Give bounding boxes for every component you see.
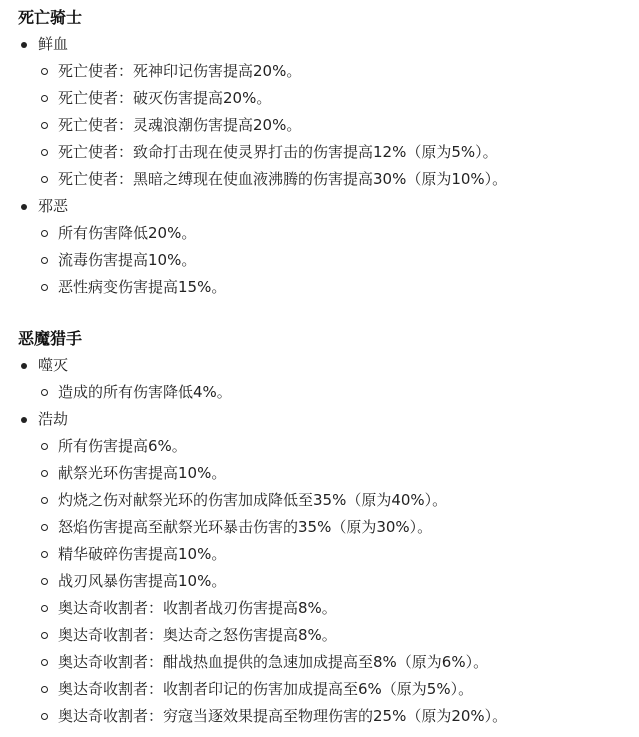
change-text: 战刃风暴伤害提高10%。 — [58, 572, 226, 590]
section-demon-hunter: 恶魔猎手 噬灭 造成的所有伤害降低4%。 浩劫 所有伤害提高6%。 献祭光环伤害… — [18, 325, 639, 730]
bullet-circle-icon — [41, 632, 48, 639]
bullet-circle-icon — [41, 524, 48, 531]
bullet-circle-icon — [41, 284, 48, 291]
bullet-circle-icon — [41, 122, 48, 129]
patch-notes-document: 死亡骑士 鲜血 死亡使者：死神印记伤害提高20%。 死亡使者：破灭伤害提高20%… — [0, 0, 639, 730]
spec-list: 噬灭 造成的所有伤害降低4%。 浩劫 所有伤害提高6%。 献祭光环伤害提高10%… — [18, 352, 639, 730]
change-item: 恶性病变伤害提高15%。 — [38, 274, 639, 301]
change-text: 死亡使者：破灭伤害提高20%。 — [58, 89, 271, 107]
change-item: 死亡使者：死神印记伤害提高20%。 — [38, 58, 639, 85]
spec-item-blood: 鲜血 死亡使者：死神印记伤害提高20%。 死亡使者：破灭伤害提高20%。 死亡使… — [18, 31, 639, 193]
change-list: 死亡使者：死神印记伤害提高20%。 死亡使者：破灭伤害提高20%。 死亡使者：灵… — [38, 58, 639, 193]
change-text: 奥达奇收割者：酣战热血提供的急速加成提高至8%（原为6%）。 — [58, 653, 488, 671]
change-text: 恶性病变伤害提高15%。 — [58, 278, 226, 296]
bullet-disc-icon — [21, 363, 27, 369]
spec-item-havoc: 浩劫 所有伤害提高6%。 献祭光环伤害提高10%。 灼烧之伤对献祭光环的伤害加成… — [18, 406, 639, 730]
change-item: 奥达奇收割者：穷寇当逐效果提高至物理伤害的25%（原为20%）。 — [38, 703, 639, 730]
change-text: 奥达奇收割者：收割者战刃伤害提高8%。 — [58, 599, 337, 617]
bullet-circle-icon — [41, 497, 48, 504]
spec-list: 鲜血 死亡使者：死神印记伤害提高20%。 死亡使者：破灭伤害提高20%。 死亡使… — [18, 31, 639, 301]
change-text: 所有伤害提高6%。 — [58, 437, 187, 455]
change-text: 精华破碎伤害提高10%。 — [58, 545, 226, 563]
spec-label: 浩劫 — [38, 406, 639, 433]
change-item: 精华破碎伤害提高10%。 — [38, 541, 639, 568]
spec-label: 鲜血 — [38, 31, 639, 58]
change-text: 怒焰伤害提高至献祭光环暴击伤害的35%（原为30%）。 — [58, 518, 432, 536]
bullet-circle-icon — [41, 176, 48, 183]
change-item: 战刃风暴伤害提高10%。 — [38, 568, 639, 595]
bullet-circle-icon — [41, 443, 48, 450]
spec-item-unholy: 邪恶 所有伤害降低20%。 流毒伤害提高10%。 恶性病变伤害提高15%。 — [18, 193, 639, 301]
change-item: 灼烧之伤对献祭光环的伤害加成降低至35%（原为40%）。 — [38, 487, 639, 514]
change-text: 奥达奇收割者：收割者印记的伤害加成提高至6%（原为5%）。 — [58, 680, 473, 698]
section-title: 恶魔猎手 — [18, 325, 639, 352]
bullet-circle-icon — [41, 551, 48, 558]
change-item: 死亡使者：灵魂浪潮伤害提高20%。 — [38, 112, 639, 139]
change-text: 死亡使者：致命打击现在使灵界打击的伤害提高12%（原为5%）。 — [58, 143, 498, 161]
bullet-circle-icon — [41, 713, 48, 720]
change-text: 所有伤害降低20%。 — [58, 224, 196, 242]
bullet-circle-icon — [41, 389, 48, 396]
bullet-circle-icon — [41, 659, 48, 666]
change-list: 所有伤害降低20%。 流毒伤害提高10%。 恶性病变伤害提高15%。 — [38, 220, 639, 301]
change-text: 奥达奇收割者：穷寇当逐效果提高至物理伤害的25%（原为20%）。 — [58, 707, 507, 725]
bullet-disc-icon — [21, 42, 27, 48]
spec-label: 邪恶 — [38, 193, 639, 220]
bullet-circle-icon — [41, 68, 48, 75]
spec-label: 噬灭 — [38, 352, 639, 379]
bullet-circle-icon — [41, 470, 48, 477]
change-item: 死亡使者：破灭伤害提高20%。 — [38, 85, 639, 112]
section-title: 死亡骑士 — [18, 4, 639, 31]
change-item: 奥达奇收割者：收割者印记的伤害加成提高至6%（原为5%）。 — [38, 676, 639, 703]
change-item: 所有伤害提高6%。 — [38, 433, 639, 460]
change-list: 所有伤害提高6%。 献祭光环伤害提高10%。 灼烧之伤对献祭光环的伤害加成降低至… — [38, 433, 639, 730]
bullet-circle-icon — [41, 578, 48, 585]
change-item: 死亡使者：致命打击现在使灵界打击的伤害提高12%（原为5%）。 — [38, 139, 639, 166]
change-item: 奥达奇收割者：奥达奇之怒伤害提高8%。 — [38, 622, 639, 649]
change-item: 所有伤害降低20%。 — [38, 220, 639, 247]
bullet-circle-icon — [41, 230, 48, 237]
change-list: 造成的所有伤害降低4%。 — [38, 379, 639, 406]
change-item: 流毒伤害提高10%。 — [38, 247, 639, 274]
bullet-circle-icon — [41, 149, 48, 156]
change-text: 奥达奇收割者：奥达奇之怒伤害提高8%。 — [58, 626, 337, 644]
change-text: 流毒伤害提高10%。 — [58, 251, 196, 269]
bullet-circle-icon — [41, 257, 48, 264]
spec-item-devourer: 噬灭 造成的所有伤害降低4%。 — [18, 352, 639, 406]
change-text: 造成的所有伤害降低4%。 — [58, 383, 232, 401]
section-death-knight: 死亡骑士 鲜血 死亡使者：死神印记伤害提高20%。 死亡使者：破灭伤害提高20%… — [18, 4, 639, 301]
change-text: 灼烧之伤对献祭光环的伤害加成降低至35%（原为40%）。 — [58, 491, 447, 509]
bullet-disc-icon — [21, 417, 27, 423]
change-text: 死亡使者：死神印记伤害提高20%。 — [58, 62, 301, 80]
change-item: 怒焰伤害提高至献祭光环暴击伤害的35%（原为30%）。 — [38, 514, 639, 541]
bullet-disc-icon — [21, 204, 27, 210]
change-item: 奥达奇收割者：酣战热血提供的急速加成提高至8%（原为6%）。 — [38, 649, 639, 676]
change-text: 死亡使者：灵魂浪潮伤害提高20%。 — [58, 116, 301, 134]
change-item: 奥达奇收割者：收割者战刃伤害提高8%。 — [38, 595, 639, 622]
change-item: 献祭光环伤害提高10%。 — [38, 460, 639, 487]
bullet-circle-icon — [41, 95, 48, 102]
change-text: 死亡使者：黑暗之缚现在使血液沸腾的伤害提高30%（原为10%）。 — [58, 170, 507, 188]
change-item: 死亡使者：黑暗之缚现在使血液沸腾的伤害提高30%（原为10%）。 — [38, 166, 639, 193]
bullet-circle-icon — [41, 686, 48, 693]
change-item: 造成的所有伤害降低4%。 — [38, 379, 639, 406]
change-text: 献祭光环伤害提高10%。 — [58, 464, 226, 482]
bullet-circle-icon — [41, 605, 48, 612]
